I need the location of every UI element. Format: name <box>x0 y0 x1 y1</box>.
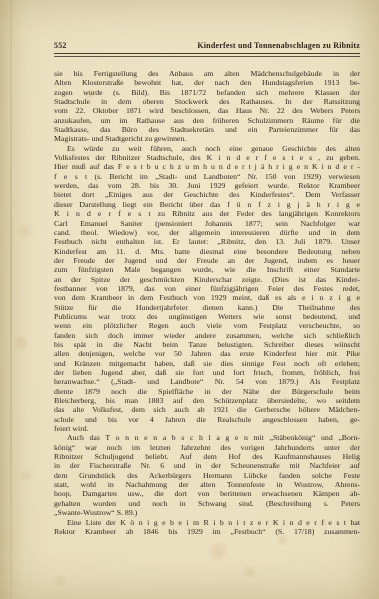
paper-stain <box>206 540 230 562</box>
text-line: Ribnitzer Schuljugend beliebt. Auf dem H… <box>54 452 360 461</box>
text-line: Carl Emanuel Saniter (pensioniert Johann… <box>54 219 360 228</box>
header-double-rule <box>54 53 360 57</box>
paragraph: Auch das T o n n e n a b s c h l a g e n… <box>54 433 360 517</box>
paper-stain <box>241 564 259 580</box>
text-line: fanden sich doch immer wieder andere zus… <box>54 331 360 340</box>
text-line: an der Spitze der geschmückten Kindersch… <box>54 275 360 284</box>
text-line: Stadtschule in dem oberen Stockwerk des … <box>54 97 360 106</box>
text-line: das alte Volksfest, dem sich auch ab 192… <box>54 405 360 414</box>
text-line: allen denjenigen, welche vor 50 Jahren d… <box>54 349 360 358</box>
page-number: 552 <box>54 41 67 51</box>
paragraph: Es würde zu weit führen, auch noch eine … <box>54 144 360 434</box>
text-line: Alten Klosterstraße bewohnt hat, der nac… <box>54 78 360 87</box>
paper-stain <box>12 334 30 351</box>
text-line: Kinderfest am 11. d. Mts. hatte diesmal … <box>54 247 360 256</box>
text-line: sie bis Fertigstellung des Anbaus am alt… <box>54 69 360 78</box>
paragraph: Eine Liste der K ö n i g e b e i m R i b… <box>54 518 360 537</box>
text-line: gehalten wurden und noch in Schwang sind… <box>54 499 360 508</box>
text-line: f e s t (s. Bericht im „Stadt- und Landb… <box>54 172 360 181</box>
text-line: Bleicherberg, bis man 1883 auf den Schüt… <box>54 396 360 405</box>
text-line: K i n d e r f e s t zu Ribnitz aus der F… <box>54 209 360 218</box>
text-line: könig“ war noch im letzten Jahrzehnt des… <box>54 443 360 452</box>
paper-stain <box>18 468 34 483</box>
text-line: schule und bis vor 4 Jahren die Realschu… <box>54 415 360 424</box>
text-line: zum fünfzigsten Male begangen wurde, wie… <box>54 265 360 274</box>
text-line: Hier muß auf das F e s t b u c h z u m h… <box>54 162 360 171</box>
text-line: vom 22. Oktober 1871 wird beschlossen, d… <box>54 106 360 115</box>
text-line: dem Grundstück des Ackerbürgers Hermann … <box>54 471 360 480</box>
paper-stain <box>15 222 35 240</box>
text-line: zogen wurde (s. Bild). Bis 1871/72 befan… <box>54 88 360 97</box>
text-line: diente 1879 noch die Spielfläche in der … <box>54 387 360 396</box>
text-line: wenn ein plötzlicher Regen auch viele vo… <box>54 321 360 330</box>
text-line: Festbuch nicht enthalten ist. Er lautet:… <box>54 237 360 246</box>
text-line: und Kränzen mitgemacht haben, daß sie di… <box>54 359 360 368</box>
scanned-book-page: 552 Kinderfest und Tonnenabschlagen zu R… <box>0 0 379 599</box>
text-line: bis spät in die Nacht beim Tanze belusti… <box>54 340 360 349</box>
text-line: heranwachse.“ („Stadt- und Landbote“ Nr.… <box>54 377 360 386</box>
text-line: anzukaufen, um im Rathause aus den frühe… <box>54 116 360 125</box>
body-text: sie bis Fertigstellung des Anbaus am alt… <box>54 69 360 536</box>
text-line: von dem Krambeer in dem Festbuch von 192… <box>54 293 360 302</box>
text-line: feiert wird. <box>54 424 360 433</box>
text-line: der lieben Jugend aber, daß sie fort und… <box>54 368 360 377</box>
text-line: „Swante-Wustrow“ S. 89.) <box>54 508 360 517</box>
text-line: in der Fischerstraße Nr. 6 und in der Sc… <box>54 461 360 470</box>
text-line: bietet dort „Einiges aus der Geschichte … <box>54 190 360 199</box>
paper-stain <box>52 574 68 588</box>
text-line: Publicums war trotz des ungünstigen Wett… <box>54 312 360 321</box>
text-line: festbanner von 1879, das von einer fünfz… <box>54 284 360 293</box>
text-line: Es würde zu weit führen, auch noch eine … <box>54 144 360 153</box>
text-line: Eine Liste der K ö n i g e b e i m R i b… <box>54 518 360 527</box>
page-edge-crease <box>10 0 12 599</box>
text-line: Stütze für die Hundertjahrfeier dienen k… <box>54 303 360 312</box>
text-line: Rektor Krambeer ab 1846 bis 1929 im „Fes… <box>54 527 360 536</box>
text-line: Volksfestes der Ribnitzer Stadtschule, d… <box>54 153 360 162</box>
text-line: dieser Darstellung liegt ein Bericht übe… <box>54 200 360 209</box>
text-line: Stadtkasse, das Büro des Stadtsekretärs … <box>54 125 360 134</box>
running-title: Kinderfest und Tonnenabschlagen zu Ribni… <box>197 41 360 51</box>
text-line: werden, das vom 28. bis 30. Juni 1929 ge… <box>54 181 360 190</box>
paragraph: sie bis Fertigstellung des Anbaus am alt… <box>54 69 360 144</box>
text-line: hoop, Damgarten usw., die dort von berit… <box>54 489 360 498</box>
text-line: Magistrats- und Stadtgericht zu gewinnen… <box>54 134 360 143</box>
text-line: Auch das T o n n e n a b s c h l a g e n… <box>54 433 360 442</box>
running-head: 552 Kinderfest und Tonnenabschlagen zu R… <box>54 41 360 51</box>
text-line: statt, wohl in Nachahmung der alten Tonn… <box>54 480 360 489</box>
text-line: cand. theol. Wiedow) vor, der allgemein … <box>54 228 360 237</box>
text-line: der Freude der Jugend und der Freude an … <box>54 256 360 265</box>
